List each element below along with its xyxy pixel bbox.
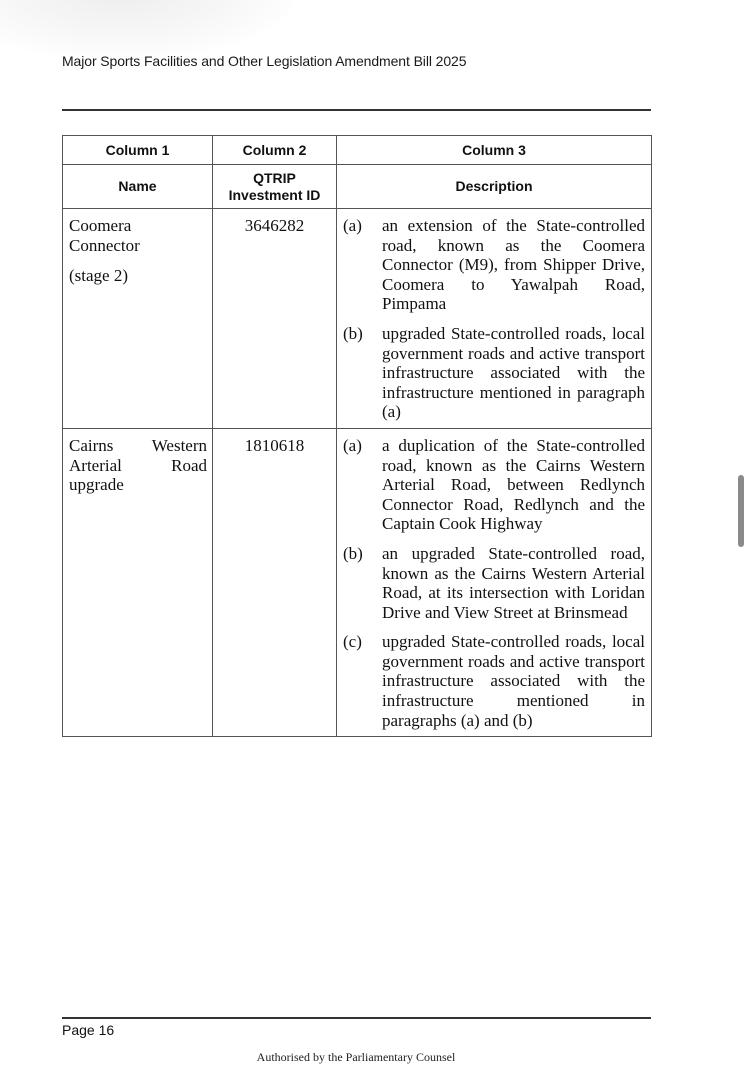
name-header: Name (63, 165, 213, 209)
paragraph-text: upgraded State-controlled roads, local g… (382, 324, 645, 422)
column-3-header: Column 3 (337, 136, 652, 165)
investment-id-header-text: QTRIP Investment ID (219, 170, 331, 204)
column-1-header: Column 1 (63, 136, 213, 165)
paragraph-label: (b) (343, 544, 382, 564)
description-header: Description (337, 165, 652, 209)
description-paragraph: (a) a duplication of the State-controlle… (343, 436, 645, 534)
investment-id-header: QTRIP Investment ID (213, 165, 337, 209)
table-row: Coomera Connector (stage 2) 3646282 (a) … (63, 209, 652, 429)
running-head: Major Sports Facilities and Other Legisl… (62, 53, 466, 69)
description-cell: (a) a duplication of the State-controlle… (337, 428, 652, 736)
project-name: Cairns Western Arterial Road upgrade (69, 436, 207, 495)
paragraph-label: (a) (343, 436, 382, 456)
project-name-note: (stage 2) (69, 266, 207, 286)
paragraph-label: (c) (343, 632, 382, 652)
page-number: Page 16 (62, 1022, 114, 1038)
footer-rule (62, 1017, 651, 1019)
project-name-cell: Cairns Western Arterial Road upgrade (63, 428, 213, 736)
table-row: Cairns Western Arterial Road upgrade 181… (63, 428, 652, 736)
description-paragraph: (b) upgraded State-controlled roads, loc… (343, 324, 645, 422)
investment-id: 3646282 (213, 209, 337, 429)
header-rule (62, 109, 651, 111)
paragraph-text: a duplication of the State-controlled ro… (382, 436, 645, 534)
description-paragraph: (b) an upgraded State-controlled road, k… (343, 544, 645, 622)
column-number-row: Column 1 Column 2 Column 3 (63, 136, 652, 165)
paragraph-text: upgraded State-controlled roads, local g… (382, 632, 645, 730)
column-2-header: Column 2 (213, 136, 337, 165)
paragraph-text: an extension of the State-controlled roa… (382, 216, 645, 314)
paragraph-label: (a) (343, 216, 382, 236)
description-paragraph: (c) upgraded State-controlled roads, loc… (343, 632, 645, 730)
authorised-note: Authorised by the Parliamentary Counsel (0, 1050, 712, 1065)
column-title-row: Name QTRIP Investment ID Description (63, 165, 652, 209)
project-name: Coomera Connector (69, 216, 159, 255)
page-shadow (0, 0, 300, 60)
scrollbar-thumb[interactable] (738, 475, 744, 547)
description-paragraph: (a) an extension of the State-controlled… (343, 216, 645, 314)
description-cell: (a) an extension of the State-controlled… (337, 209, 652, 429)
schedule-table: Column 1 Column 2 Column 3 Name QTRIP In… (62, 135, 652, 737)
project-name-cell: Coomera Connector (stage 2) (63, 209, 213, 429)
paragraph-text: an upgraded State-controlled road, known… (382, 544, 645, 622)
paragraph-label: (b) (343, 324, 382, 344)
investment-id: 1810618 (213, 428, 337, 736)
